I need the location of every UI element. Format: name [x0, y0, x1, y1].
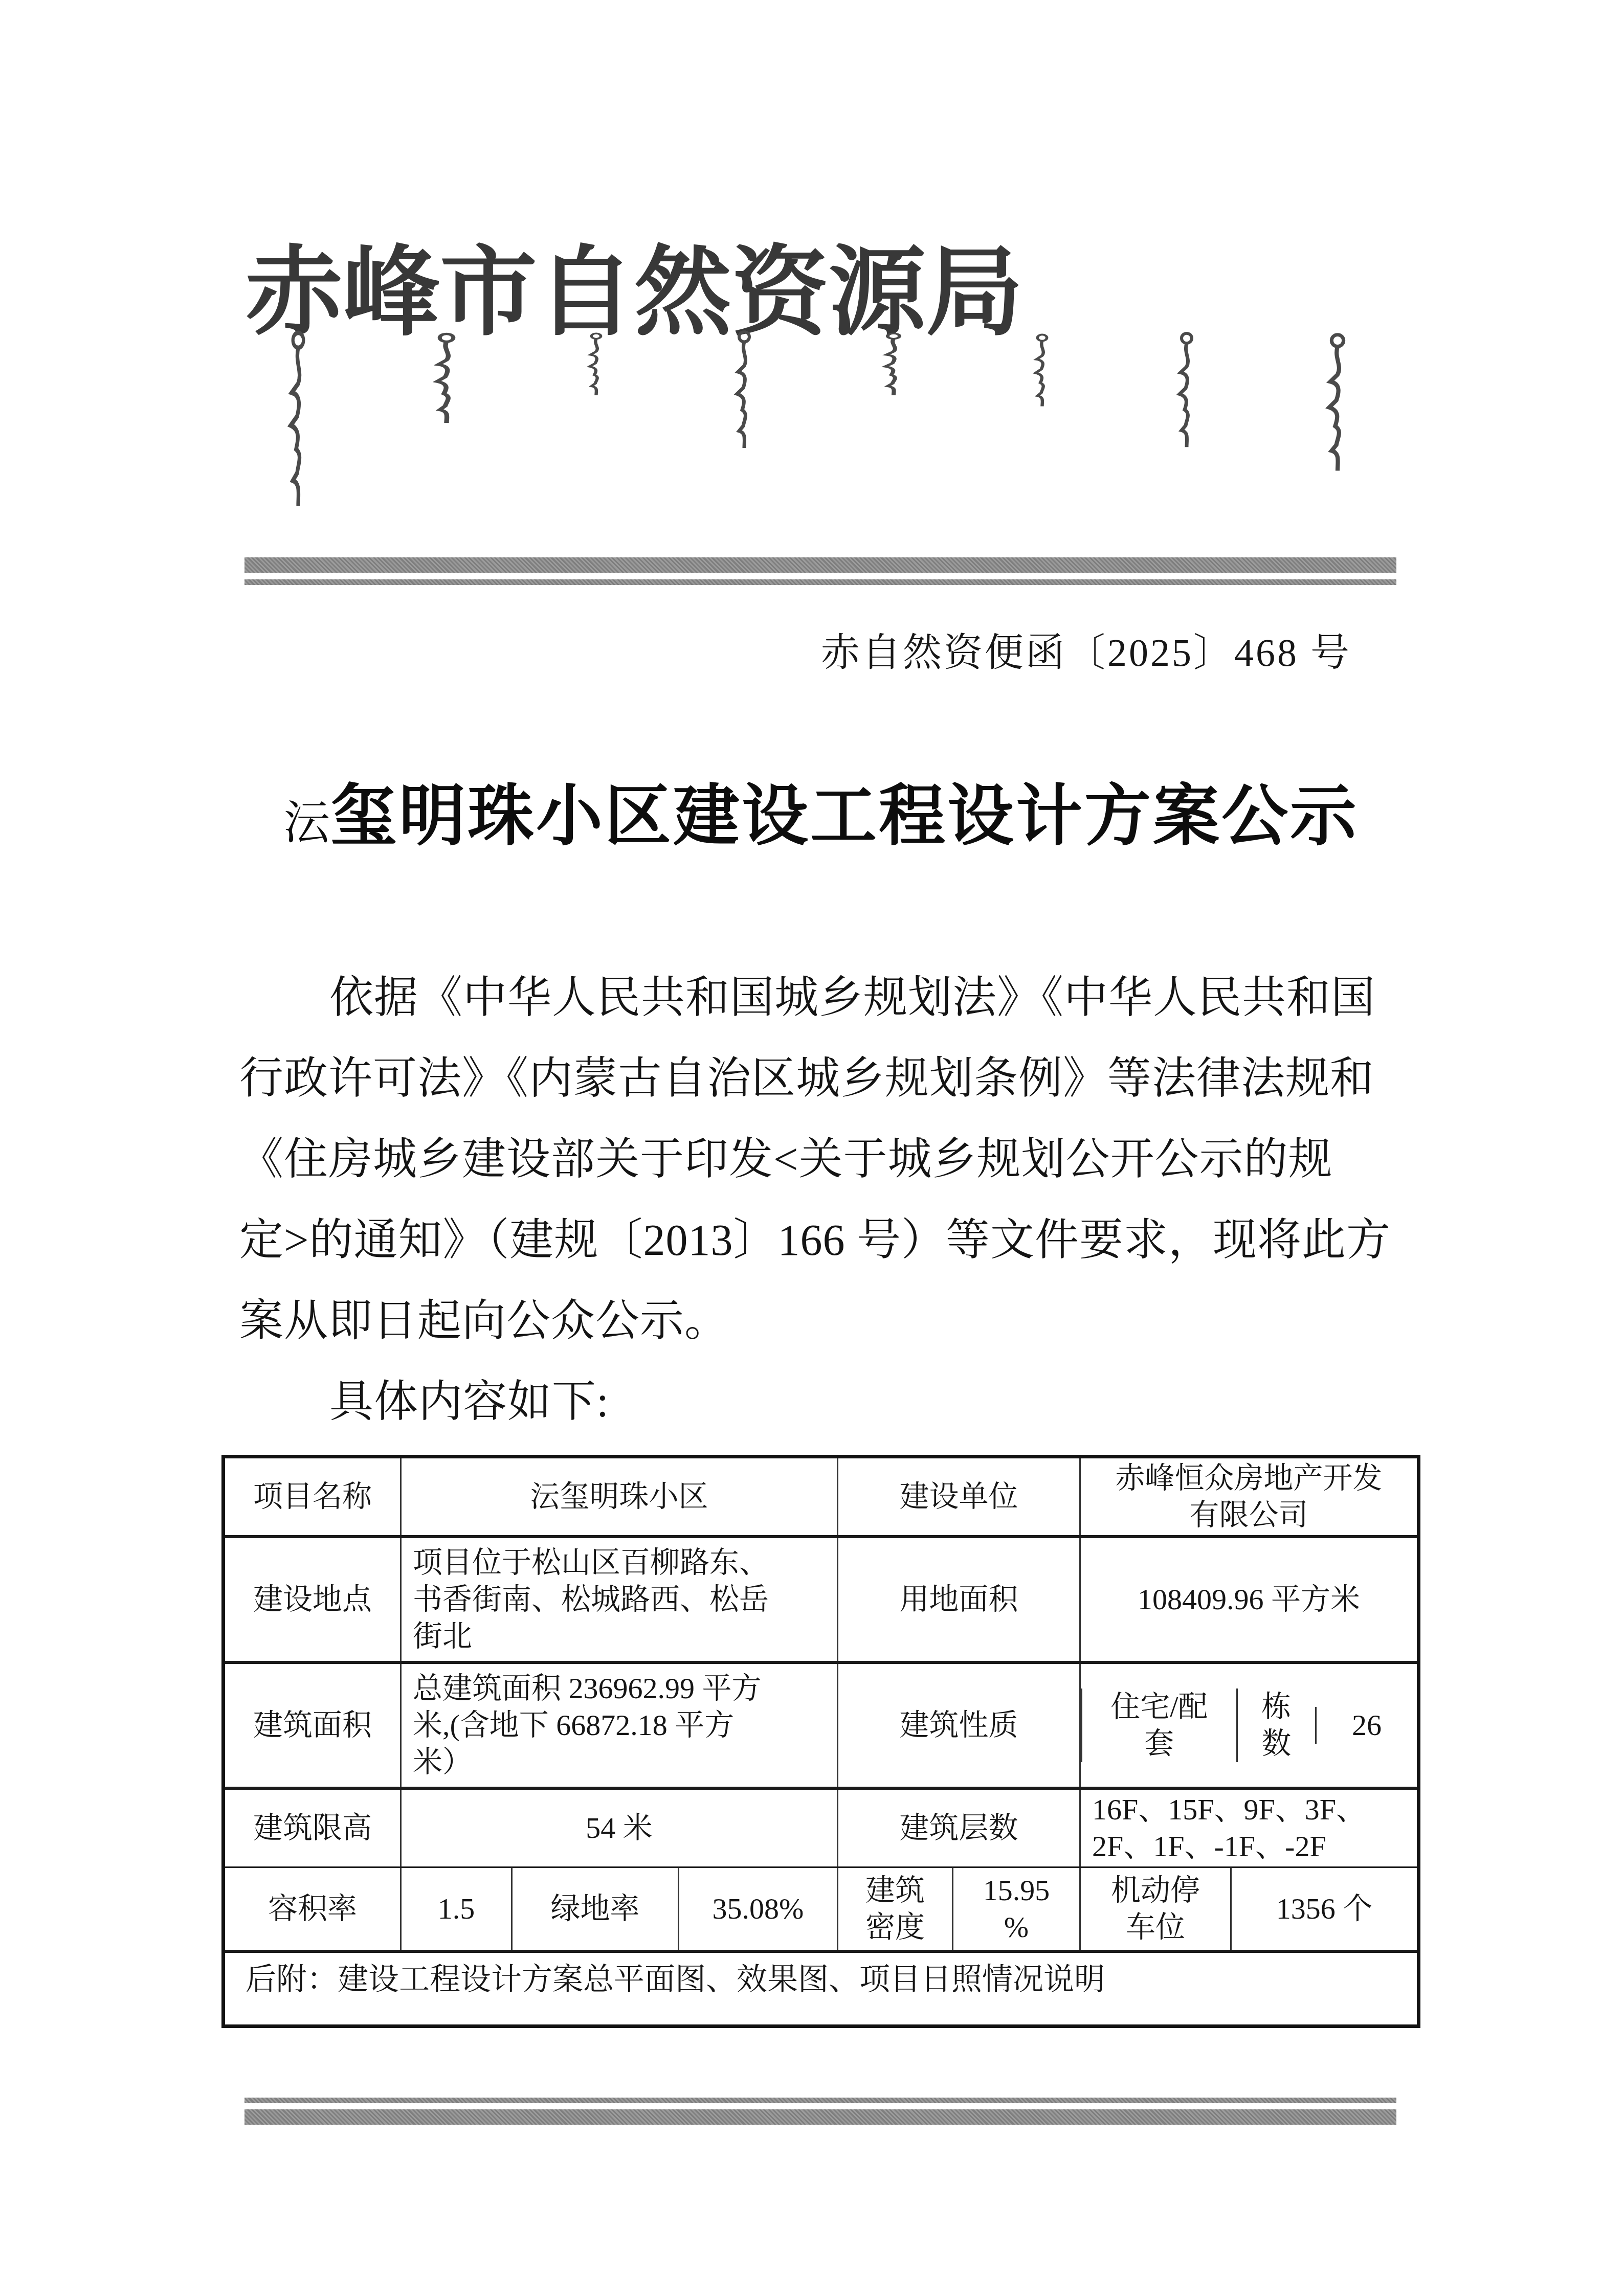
footer-divider-thick — [244, 2109, 1396, 2125]
value-plot-ratio: 1.5 — [400, 1868, 511, 1950]
mongolian-script-icon — [282, 330, 314, 509]
value-building-nature: 住宅/配 套 — [1081, 1689, 1236, 1762]
mongolian-script-icon — [582, 332, 610, 396]
label-green-ratio: 绿地率 — [511, 1868, 678, 1950]
value-construction-unit: 赤峰恒众房地产开发 有限公司 — [1079, 1458, 1417, 1535]
table-row: 项目名称 沄玺明珠小区 建设单位 赤峰恒众房地产开发 有限公司 — [225, 1458, 1417, 1538]
value-parking-spaces: 1356 个 — [1230, 1868, 1417, 1950]
mongolian-script-icon — [1171, 331, 1202, 449]
body-line: 《住房城乡建设部关于印发<关于城乡规划公开公示的规 — [239, 1119, 1391, 1200]
table-footer-note: 后附：建设工程设计方案总平面图、效果图、项目日照情况说明 — [225, 1953, 1417, 2024]
mongolian-script-icon — [426, 332, 467, 424]
label-building-nature: 建筑性质 — [837, 1664, 1079, 1787]
mongolian-script-icon — [1320, 332, 1355, 473]
table-row: 建筑限高 54 米 建筑层数 16F、15F、9F、3F、 2F、1F、-1F、… — [225, 1790, 1417, 1868]
mongolian-script-icon — [876, 332, 911, 396]
value-location: 项目位于松山区百柳路东、 书香街南、松城路西、松岳 街北 — [400, 1538, 837, 1661]
label-height-limit: 建筑限高 — [225, 1790, 400, 1866]
page-title: 沄玺明珠小区建设工程设计方案公示 — [221, 773, 1420, 880]
mongolian-script-icon — [729, 330, 760, 450]
label-plot-ratio: 容积率 — [225, 1868, 400, 1950]
table-row: 后附：建设工程设计方案总平面图、效果图、项目日照情况说明 — [225, 1953, 1417, 2024]
body-line: 依据《中华人民共和国城乡规划法》《中华人民共和国 — [239, 957, 1391, 1038]
body-paragraph: 依据《中华人民共和国城乡规划法》《中华人民共和国 行政许可法》《内蒙古自治区城乡… — [239, 957, 1391, 1442]
label-parking-spaces: 机动停 车位 — [1079, 1868, 1230, 1950]
footer-divider-thin — [244, 2098, 1396, 2103]
value-building-density: 15.95 % — [952, 1868, 1079, 1950]
label-land-area: 用地面积 — [837, 1538, 1079, 1661]
table-row: 容积率 1.5 绿地率 35.08% 建筑 密度 15.95 % 机动停 车位 … — [225, 1868, 1417, 1953]
table-row: 建设地点 项目位于松山区百柳路东、 书香街南、松城路西、松岳 街北 用地面积 1… — [225, 1538, 1417, 1664]
body-line: 行政许可法》《内蒙古自治区城乡规划条例》等法律法规和 — [239, 1038, 1391, 1119]
label-construction-unit: 建设单位 — [837, 1458, 1079, 1535]
label-building-count: 栋 数 — [1236, 1689, 1315, 1762]
label-building-area: 建筑面积 — [225, 1664, 400, 1787]
project-details-table: 项目名称 沄玺明珠小区 建设单位 赤峰恒众房地产开发 有限公司 建设地点 项目位… — [221, 1455, 1420, 2028]
title-prefix: 沄 — [283, 797, 330, 849]
header-divider-thin — [244, 579, 1396, 585]
body-line: 定>的通知》（建规〔2013〕166 号）等文件要求，现将此方 — [239, 1200, 1391, 1280]
table-row: 建筑面积 总建筑面积 236962.99 平方 米,(含地下 66872.18 … — [225, 1664, 1417, 1790]
header-divider-thick — [244, 557, 1396, 573]
body-lead-in: 具体内容如下: — [239, 1361, 1391, 1442]
label-project-name: 项目名称 — [225, 1458, 400, 1535]
document-page: 赤峰市自然资源局 赤自然资便函〔2025〕468 号 沄玺明珠小区建设工程设计方… — [0, 0, 1624, 2296]
label-floor-count: 建筑层数 — [837, 1790, 1079, 1866]
title-main: 玺明珠小区建设工程设计方案公示 — [330, 780, 1359, 853]
label-location: 建设地点 — [225, 1538, 400, 1661]
document-number: 赤自然资便函〔2025〕468 号 — [243, 621, 1351, 677]
value-height-limit: 54 米 — [400, 1790, 837, 1866]
value-green-ratio: 35.08% — [678, 1868, 837, 1950]
agency-letterhead: 赤峰市自然资源局 — [246, 230, 1387, 337]
value-building-count: 26 — [1315, 1707, 1417, 1744]
body-line: 案从即日起向公众公示。 — [239, 1280, 1391, 1361]
mongolian-script-icon — [1028, 333, 1056, 408]
label-building-density: 建筑 密度 — [837, 1868, 952, 1950]
value-land-area: 108409.96 平方米 — [1079, 1538, 1417, 1661]
building-nature-group: 住宅/配 套 栋 数 26 — [1079, 1664, 1417, 1787]
value-project-name: 沄玺明珠小区 — [400, 1458, 837, 1535]
value-building-area: 总建筑面积 236962.99 平方 米,(含地下 66872.18 平方 米） — [400, 1664, 837, 1787]
value-floor-count: 16F、15F、9F、3F、 2F、1F、-1F、-2F — [1079, 1790, 1417, 1866]
